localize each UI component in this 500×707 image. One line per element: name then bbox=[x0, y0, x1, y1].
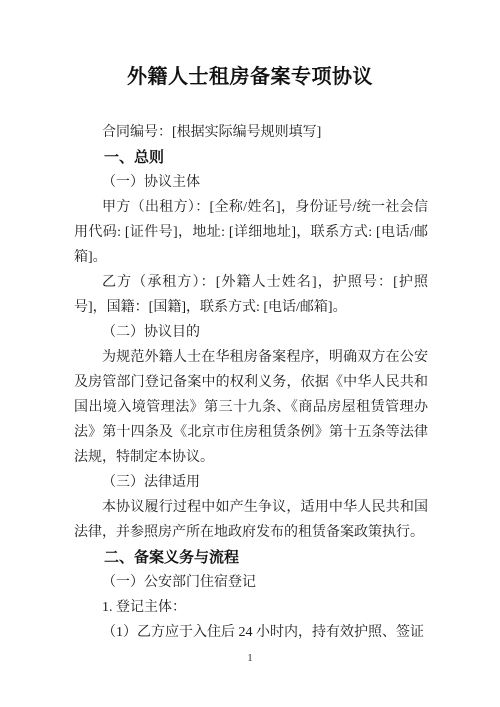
para-contract-number: 合同编号：[根据实际编号规则填写] bbox=[74, 120, 428, 145]
subheading-police-registration: （一）公安部门住宿登记 bbox=[74, 570, 428, 595]
para-registration-item-1: （1）乙方应于入住后 24 小时内，持有效护照、签证 bbox=[74, 620, 428, 645]
document-title: 外籍人士租房备案专项协议 bbox=[0, 62, 500, 92]
subheading-legal-application: （三）法律适用 bbox=[74, 470, 428, 495]
document-page: 外籍人士租房备案专项协议 合同编号：[根据实际编号规则填写] 一、总则 （一）协… bbox=[0, 0, 500, 707]
para-purpose: 为规范外籍人士在华租房备案程序，明确双方在公安及房管部门登记备案中的权利义务，依… bbox=[74, 345, 428, 470]
para-party-a: 甲方（出租方）：[全称/姓名]，身份证号/统一社会信用代码: [证件号]，地址:… bbox=[74, 195, 428, 270]
heading-general-provisions: 一、总则 bbox=[74, 145, 428, 170]
para-party-b: 乙方（承租方）：[外籍人士姓名]，护照号：[护照号]，国籍：[国籍]，联系方式:… bbox=[74, 270, 428, 320]
para-registration-subject: 1. 登记主体： bbox=[74, 595, 428, 620]
document-body: 合同编号：[根据实际编号规则填写] 一、总则 （一）协议主体 甲方（出租方）：[… bbox=[74, 120, 428, 645]
heading-filing-obligations: 二、备案义务与流程 bbox=[74, 545, 428, 570]
para-legal-application: 本协议履行过程中如产生争议，适用中华人民共和国法律，并参照房产所在地政府发布的租… bbox=[74, 495, 428, 545]
subheading-agreement-purpose: （二）协议目的 bbox=[74, 320, 428, 345]
page-number: 1 bbox=[0, 651, 500, 666]
subheading-agreement-parties: （一）协议主体 bbox=[74, 170, 428, 195]
